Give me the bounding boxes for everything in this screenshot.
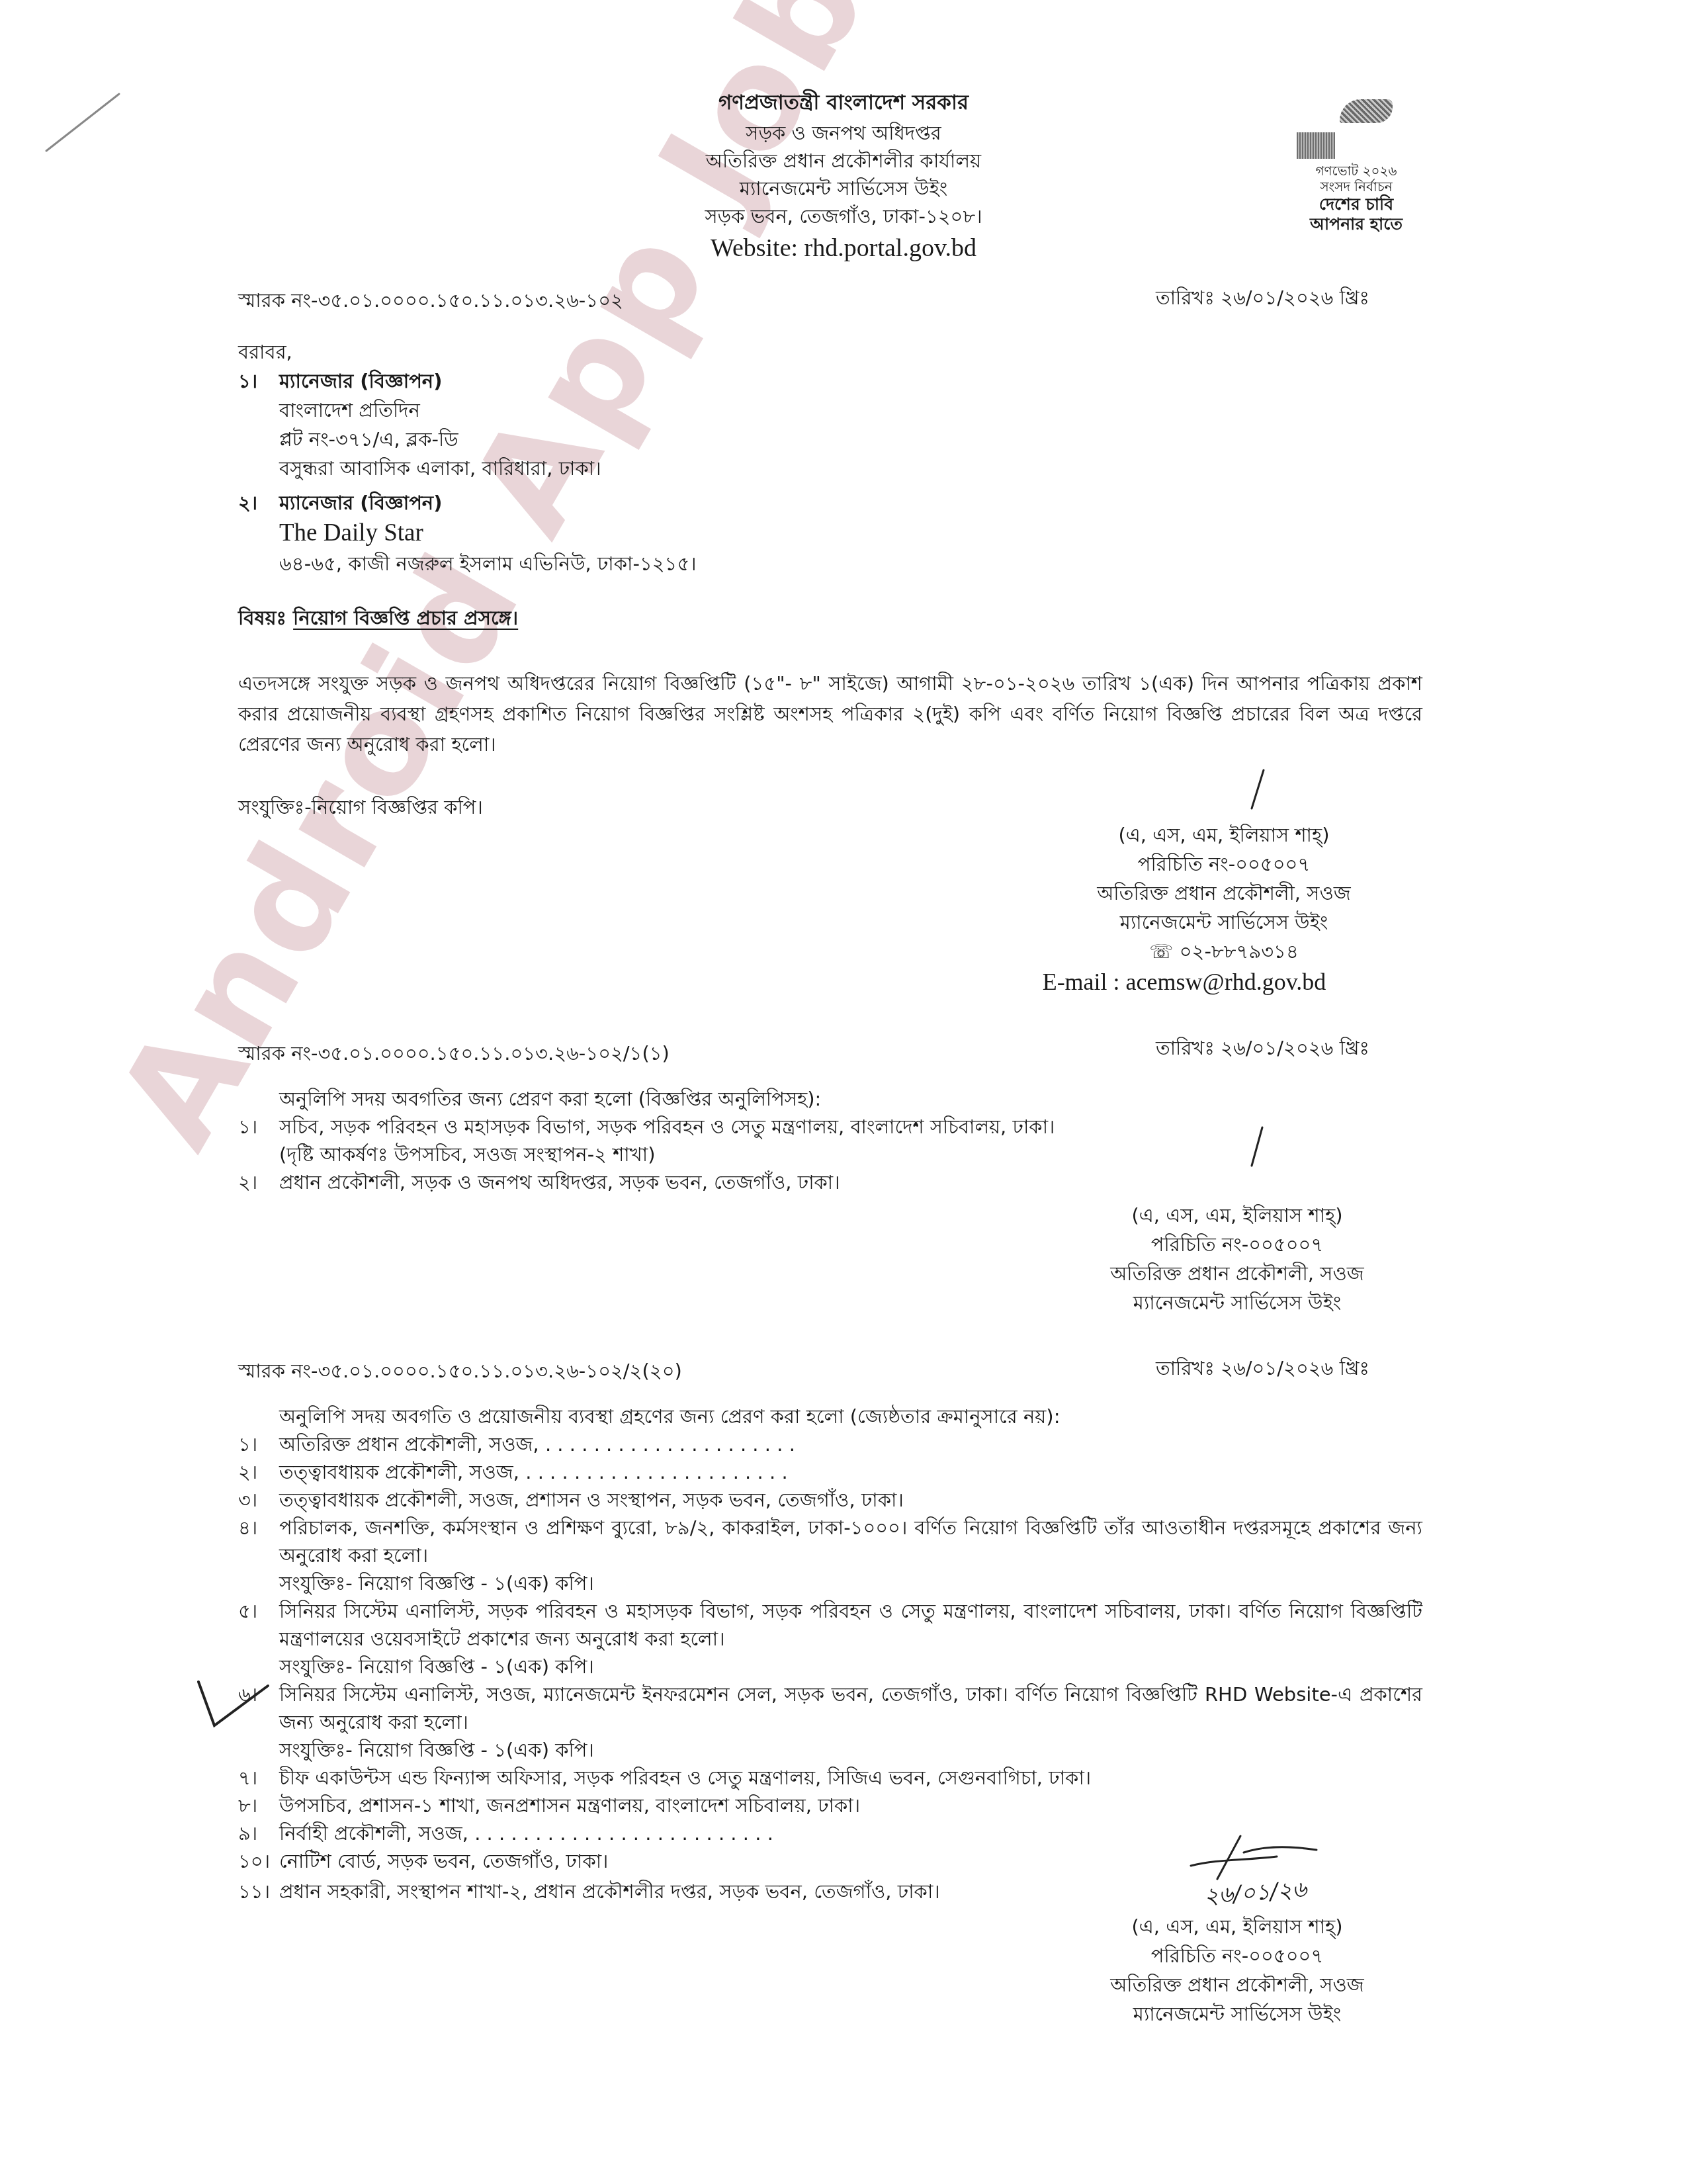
salutation: বরাবর, [238,337,1231,367]
election-logo: গণভোট ২০২৬ সংসদ নির্বাচন দেশের চাবি আপনা… [1277,99,1436,234]
signature-block: (এ, এস, এম, ইলিয়াস শাহ্) পরিচিতি নং-০০৫… [1059,1201,1416,1317]
memo-date: তারিখঃ ২৬/০১/২০২৬ খ্রিঃ [1156,1354,1369,1383]
recipient-line: প্লট নং-৩৭১/এ, ব্লক-ডি [238,425,1231,454]
recipient-block: বরাবর, ১।ম্যানেজার (বিজ্ঞাপন) বাংলাদেশ প… [238,337,1231,578]
signatory-name: (এ, এস, এম, ইলিয়াস শাহ্) [1045,820,1403,850]
list-subtext: (দৃষ্টি আকর্ষণঃ উপসচিব, সওজ সংস্থাপন-২ শ… [238,1141,1231,1168]
signature-mark [1244,1125,1270,1171]
election-logo-line: গণভোট ২০২৬ [1277,163,1436,179]
signatory-name: (এ, এস, এম, ইলিয়াস শাহ্) [1059,1201,1416,1230]
list-number: ২। [238,1458,279,1486]
list-item: ৭।চীফ একাউন্টস এন্ড ফিন্যান্স অফিসার, সড… [238,1764,1422,1792]
list-text: উপসচিব, প্রশাসন-১ শাখা, জনপ্রশাসন মন্ত্র… [279,1794,860,1817]
govt-name: গণপ্রজাতন্ত্রী বাংলাদেশ সরকার [595,86,1092,119]
list-number: ১। [238,367,279,396]
signatory-name: (এ, এস, এম, ইলিয়াস শাহ্) [1059,1912,1416,1941]
list-number: ৩। [238,1486,279,1514]
list-text: প্রধান প্রকৌশলী, সড়ক ও জনপথ অধিদপ্তর, স… [279,1171,840,1194]
phone-row: ☏ ০২-৮৮৭৯৩১৪ [1045,937,1403,966]
memo-number: স্মারক নং-৩৫.০১.০০০০.১৫০.১১.০১৩.২৬-১০২ [238,286,623,315]
wing-name: ম্যানেজমেন্ট সার্ভিসেস উইং [595,175,1092,202]
subject-text: নিয়োগ বিজ্ঞপ্তি প্রচার প্রসঙ্গে। [293,607,518,629]
signatory-id: পরিচিতি নং-০০৫০০৭ [1059,1941,1416,1970]
list-text: তত্ত্বাবধায়ক প্রকৌশলী, সওজ, . . . . . .… [279,1461,788,1483]
memo-date: তারিখঃ ২৬/০১/২০২৬ খ্রিঃ [1156,1033,1369,1063]
election-logo-slogan: দেশের চাবি [1277,195,1436,214]
letterhead: গণপ্রজাতন্ত্রী বাংলাদেশ সরকার সড়ক ও জনপ… [595,86,1092,266]
telephone-icon: ☏ [1149,940,1179,963]
list-item: ২।তত্ত্বাবধায়ক প্রকৌশলী, সওজ, . . . . .… [238,1458,1422,1486]
list-number: ৫। [238,1597,279,1653]
memo-number: স্মারক নং-৩৫.০১.০০০০.১৫০.১১.০১৩.২৬-১০২/১… [238,1039,670,1068]
list-item: ৮।উপসচিব, প্রশাসন-১ শাখা, জনপ্রশাসন মন্ত… [238,1792,1422,1819]
list-item: ৩।তত্ত্বাবধায়ক প্রকৌশলী, সওজ, প্রশাসন ও… [238,1486,1422,1514]
email-address[interactable]: E-mail : acemsw@rhd.gov.bd [966,966,1403,998]
list-item: ১।সচিব, সড়ক পরিবহন ও মহাসড়ক বিভাগ, সড়… [238,1113,1231,1141]
list-number: ৮। [238,1792,279,1819]
list-item: ৫।সিনিয়র সিস্টেম এনালিস্ট, সড়ক পরিবহন … [238,1597,1422,1653]
subject-line: বিষয়ঃ নিয়োগ বিজ্ঞপ্তি প্রচার প্রসঙ্গে। [238,603,518,633]
list-number: ২। [238,488,279,517]
list-text: সিনিয়র সিস্টেম এনালিস্ট, সড়ক পরিবহন ও … [279,1597,1422,1653]
list-text: পরিচালক, জনশক্তি, কর্মসংস্থান ও প্রশিক্ষ… [279,1514,1422,1569]
list-text: চীফ একাউন্টস এন্ড ফিন্যান্স অফিসার, সড়ক… [279,1767,1091,1789]
copy-intro: অনুলিপি সদয় অবগতি ও প্রয়োজনীয় ব্যবস্থ… [238,1403,1422,1430]
phone-number: ০২-৮৮৭৯৩১৪ [1180,940,1299,963]
signatory-id: পরিচিতি নং-০০৫০০৭ [1059,1230,1416,1259]
list-number: ৪। [238,1514,279,1569]
signature-mark [1244,767,1270,814]
election-logo-line: সংসদ নির্বাচন [1277,179,1436,195]
list-attachment: সংযুক্তিঃ- নিয়োগ বিজ্ঞপ্তি - ১(এক) কপি। [238,1736,1422,1764]
list-number: ১০। [238,1847,279,1875]
letter-body: এতদসঙ্গে সংযুক্ত সড়ক ও জনপথ অধিদপ্তরের … [238,668,1422,760]
office-name: অতিরিক্ত প্রধান প্রকৌশলীর কার্যালয় [595,147,1092,175]
recipient-name: ম্যানেজার (বিজ্ঞাপন) [279,370,442,392]
signature-block: (এ, এস, এম, ইলিয়াস শাহ্) পরিচিতি নং-০০৫… [1059,1912,1416,2029]
recipient-title: ১।ম্যানেজার (বিজ্ঞাপন) [238,367,1231,396]
subject-label: বিষয়ঃ [238,607,286,629]
signatory-designation: অতিরিক্ত প্রধান প্রকৌশলী, সওজ [1045,879,1403,908]
pen-mark [40,86,132,159]
list-number: ১। [238,1113,279,1141]
signatory-id: পরিচিতি নং-০০৫০০৭ [1045,850,1403,879]
list-number: ১। [238,1430,279,1458]
list-attachment: সংযুক্তিঃ- নিয়োগ বিজ্ঞপ্তি - ১(এক) কপি। [238,1569,1422,1597]
department-name: সড়ক ও জনপথ অধিদপ্তর [595,119,1092,147]
list-text: তত্ত্বাবধায়ক প্রকৌশলী, সওজ, প্রশাসন ও স… [279,1489,904,1511]
signatory-designation: অতিরিক্ত প্রধান প্রকৌশলী, সওজ [1059,1970,1416,1999]
website-link[interactable]: Website: rhd.portal.gov.bd [595,230,1092,266]
check-mark-icon [192,1674,271,1733]
list-text: প্রধান সহকারী, সংস্থাপন শাখা-২, প্রধান প… [279,1880,940,1903]
signature-block: (এ, এস, এম, ইলিয়াস শাহ্) পরিচিতি নং-০০৫… [1045,820,1403,998]
recipient-name: ম্যানেজার (বিজ্ঞাপন) [279,492,442,514]
list-text: নোটিশ বোর্ড, সড়ক ভবন, তেজগাঁও, ঢাকা। [279,1850,608,1872]
signatory-wing: ম্যানেজমেন্ট সার্ভিসেস উইং [1045,908,1403,937]
ballot-box-icon [1297,132,1335,159]
recipient-line: বসুন্ধরা আবাসিক এলাকা, বারিধারা, ঢাকা। [238,454,1231,483]
hand-icon [1340,99,1393,123]
list-item: ৬।সিনিয়র সিস্টেম এনালিস্ট, সওজ, ম্যানেজ… [238,1681,1422,1736]
list-text: সিনিয়র সিস্টেম এনালিস্ট, সওজ, ম্যানেজমে… [279,1681,1422,1736]
list-attachment: সংযুক্তিঃ- নিয়োগ বিজ্ঞপ্তি - ১(এক) কপি। [238,1653,1422,1681]
copy-list: অনুলিপি সদয় অবগতি ও প্রয়োজনীয় ব্যবস্থ… [238,1403,1422,1905]
list-text: নির্বাহী প্রকৌশলী, সওজ, . . . . . . . . … [279,1822,773,1845]
list-text: সচিব, সড়ক পরিবহন ও মহাসড়ক বিভাগ, সড়ক … [279,1115,1055,1138]
signatory-wing: ম্যানেজমেন্ট সার্ভিসেস উইং [1059,1288,1416,1317]
recipient-line: ৬৪-৬৫, কাজী নজরুল ইসলাম এভিনিউ, ঢাকা-১২১… [238,549,1231,578]
signatory-designation: অতিরিক্ত প্রধান প্রকৌশলী, সওজ [1059,1259,1416,1288]
recipient-line: The Daily Star [238,517,1231,549]
list-item: ২।প্রধান প্রকৌশলী, সড়ক ও জনপথ অধিদপ্তর,… [238,1168,1231,1196]
list-item: ৪।পরিচালক, জনশক্তি, কর্মসংস্থান ও প্রশিক… [238,1514,1422,1569]
copy-intro: অনুলিপি সদয় অবগতির জন্য প্রেরণ করা হলো … [238,1085,1231,1113]
memo-date: তারিখঃ ২৬/০১/২০২৬ খ্রিঃ [1156,283,1369,312]
list-number: ১১। [238,1878,279,1905]
election-logo-slogan: আপনার হাতে [1277,214,1436,234]
list-item: ১।অতিরিক্ত প্রধান প্রকৌশলী, সওজ, . . . .… [238,1430,1422,1458]
recipient-title: ২।ম্যানেজার (বিজ্ঞাপন) [238,488,1231,517]
signatory-wing: ম্যানেজমেন্ট সার্ভিসেস উইং [1059,1999,1416,2029]
list-number: ৯। [238,1819,279,1847]
attachment-note: সংযুক্তিঃ-নিয়োগ বিজ্ঞপ্তির কপি। [238,793,483,822]
list-text: অতিরিক্ত প্রধান প্রকৌশলী, সওজ, . . . . .… [279,1433,795,1456]
office-address: সড়ক ভবন, তেজগাঁও, ঢাকা-১২০৮। [595,202,1092,230]
memo-number: স্মারক নং-৩৫.০১.০০০০.১৫০.১১.০১৩.২৬-১০২/২… [238,1356,682,1385]
handwritten-date: ২৬/০১/২৬ [1203,1872,1308,1917]
recipient-line: বাংলাদেশ প্রতিদিন [238,396,1231,425]
list-number: ২। [238,1168,279,1196]
list-number: ৭। [238,1764,279,1792]
copy-list: অনুলিপি সদয় অবগতির জন্য প্রেরণ করা হলো … [238,1085,1231,1196]
